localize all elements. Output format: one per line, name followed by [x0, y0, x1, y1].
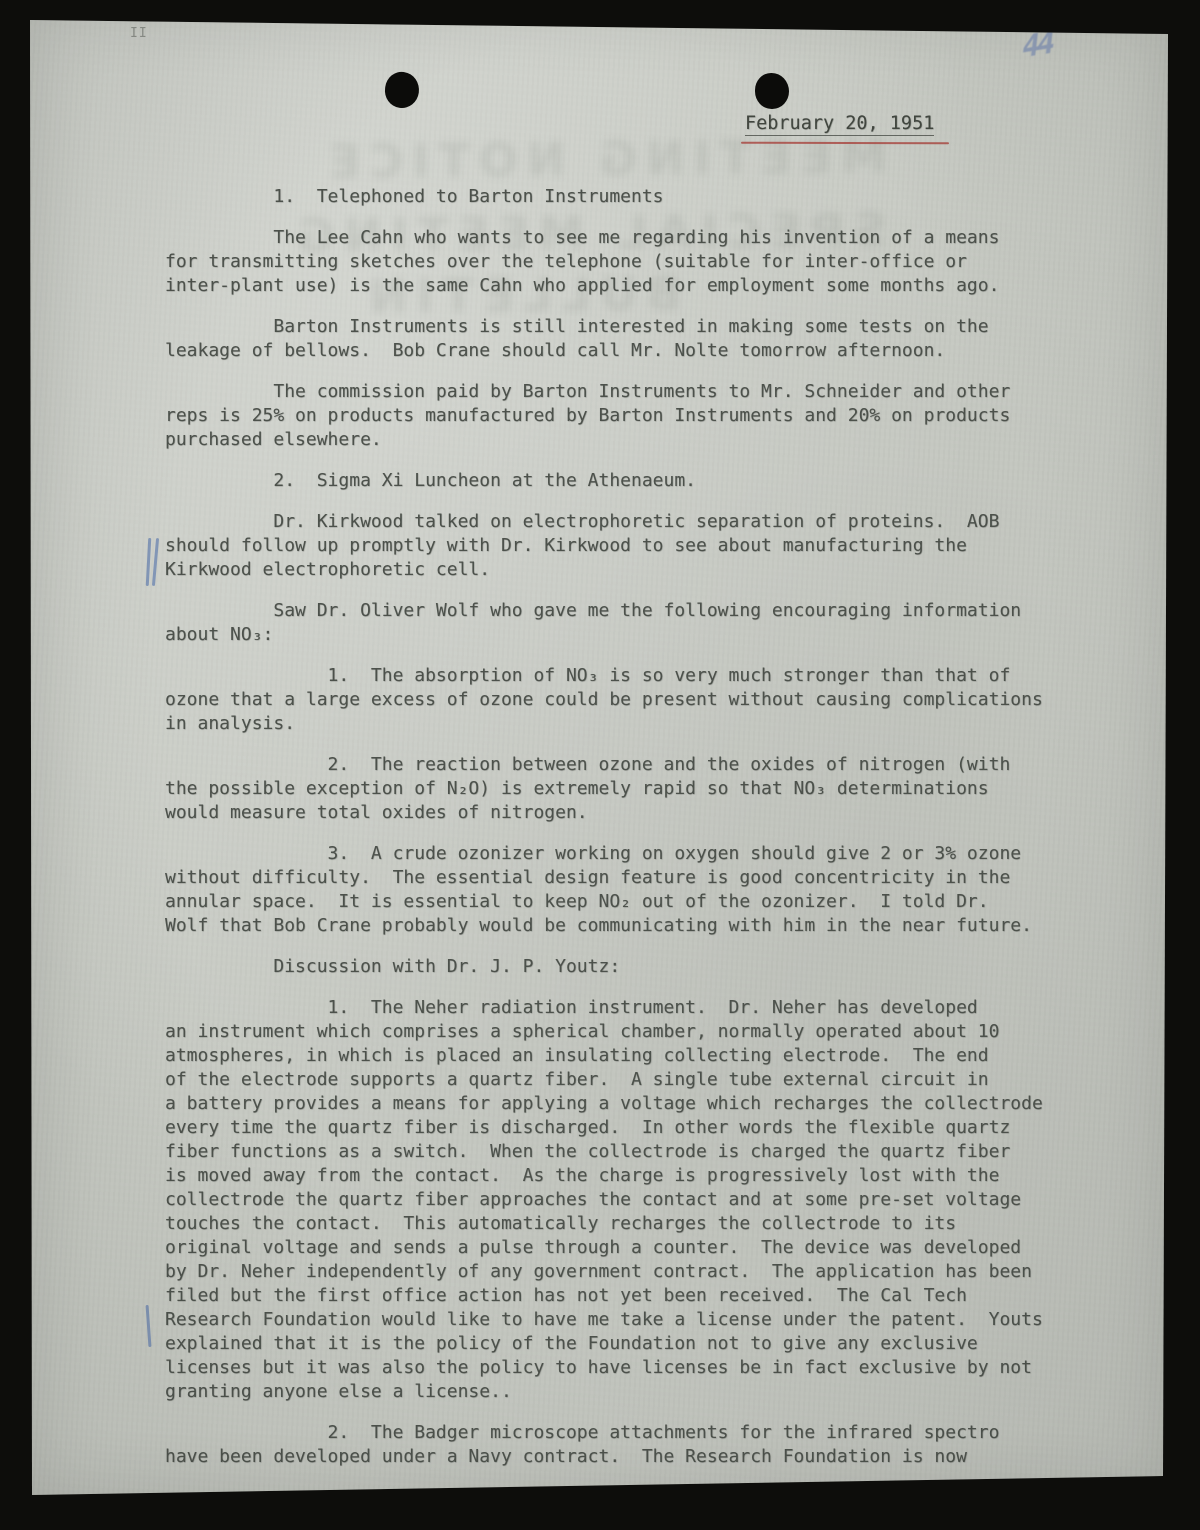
- typed-line: for transmitting sketches over the telep…: [165, 250, 1125, 274]
- typed-line: touches the contact. This automatically …: [165, 1212, 1125, 1236]
- typed-line: 1. Telephoned to Barton Instruments: [165, 185, 1125, 209]
- typed-line: 2. The reaction between ozone and the ox…: [165, 753, 1125, 777]
- paragraph: 2. The Badger microscope attachments for…: [165, 1421, 1125, 1469]
- paragraph: The commission paid by Barton Instrument…: [165, 380, 1125, 452]
- typed-line: The Lee Cahn who wants to see me regardi…: [165, 226, 1125, 250]
- page-corner-mark: II: [130, 26, 148, 41]
- typed-line: by Dr. Neher independently of any govern…: [165, 1260, 1125, 1284]
- paragraph: 3. A crude ozonizer working on oxygen sh…: [165, 842, 1125, 938]
- punch-hole-right: [755, 73, 789, 109]
- typed-line: of the electrode supports a quartz fiber…: [165, 1068, 1125, 1092]
- typed-line: without difficulty. The essential design…: [165, 866, 1125, 890]
- typed-line: Discussion with Dr. J. P. Youtz:: [165, 955, 1125, 979]
- typed-line: about NO₃:: [165, 623, 1125, 647]
- typed-line: 3. A crude ozonizer working on oxygen sh…: [165, 842, 1125, 866]
- typed-line: have been developed under a Navy contrac…: [165, 1445, 1125, 1469]
- paragraph: The Lee Cahn who wants to see me regardi…: [165, 226, 1125, 298]
- typed-line: filed but the first office action has no…: [165, 1284, 1125, 1308]
- document-body: 1. Telephoned to Barton Instruments The …: [165, 185, 1125, 1469]
- typed-line: Saw Dr. Oliver Wolf who gave me the foll…: [165, 599, 1125, 623]
- typed-line: original voltage and sends a pulse throu…: [165, 1236, 1125, 1260]
- typed-line: is moved away from the contact. As the c…: [165, 1164, 1125, 1188]
- blue-double-margin-mark: [147, 538, 156, 586]
- paragraph: Barton Instruments is still interested i…: [165, 315, 1125, 363]
- typed-line: collectrode the quartz fiber approaches …: [165, 1188, 1125, 1212]
- ghost-bleedthrough-text: MEETING NOTICE: [320, 129, 887, 189]
- typed-line: Barton Instruments is still interested i…: [165, 315, 1125, 339]
- paragraph: 1. The Neher radiation instrument. Dr. N…: [165, 996, 1125, 1404]
- scan-photo: { "scan": { "backdrop_color": "#0d0d0b",…: [0, 0, 1200, 1530]
- paragraph: Discussion with Dr. J. P. Youtz:: [165, 955, 1125, 979]
- date-line: February 20, 1951: [745, 113, 934, 136]
- typed-line: a battery provides a means for applying …: [165, 1092, 1125, 1116]
- typed-line: 1. The Neher radiation instrument. Dr. N…: [165, 996, 1125, 1020]
- margin-mark-stroke: [152, 538, 159, 586]
- paragraph: 1. The absorption of NO₃ is so very much…: [165, 664, 1125, 736]
- blue-single-margin-mark: [147, 1305, 150, 1347]
- typed-line: leakage of bellows. Bob Crane should cal…: [165, 339, 1125, 363]
- typed-line: the possible exception of N₂O) is extrem…: [165, 777, 1125, 801]
- typed-line: purchased elsewhere.: [165, 428, 1125, 452]
- typed-line: inter-plant use) is the same Cahn who ap…: [165, 274, 1125, 298]
- typed-line: 2. Sigma Xi Luncheon at the Athenaeum.: [165, 469, 1125, 493]
- margin-mark-stroke: [146, 538, 151, 586]
- typed-line: ozone that a large excess of ozone could…: [165, 688, 1125, 712]
- paragraph: 2. Sigma Xi Luncheon at the Athenaeum.: [165, 469, 1125, 493]
- typed-line: licenses but it was also the policy to h…: [165, 1356, 1125, 1380]
- typed-line: every time the quartz fiber is discharge…: [165, 1116, 1125, 1140]
- typed-line: atmospheres, in which is placed an insul…: [165, 1044, 1125, 1068]
- typed-line: an instrument which comprises a spherica…: [165, 1020, 1125, 1044]
- paragraph: 2. The reaction between ozone and the ox…: [165, 753, 1125, 825]
- typed-line: 2. The Badger microscope attachments for…: [165, 1421, 1125, 1445]
- typed-line: Kirkwood electrophoretic cell.: [165, 558, 1125, 582]
- typed-line: granting anyone else a license..: [165, 1380, 1125, 1404]
- margin-mark-stroke: [146, 1305, 152, 1347]
- punch-hole-left: [383, 70, 422, 110]
- typed-line: 1. The absorption of NO₃ is so very much…: [165, 664, 1125, 688]
- typed-line: Wolf that Bob Crane probably would be co…: [165, 914, 1125, 938]
- typed-line: fiber functions as a switch. When the co…: [165, 1140, 1125, 1164]
- typed-line: would measure total oxides of nitrogen.: [165, 801, 1125, 825]
- typed-line: Research Foundation would like to have m…: [165, 1308, 1125, 1332]
- typed-line: explained that it is the policy of the F…: [165, 1332, 1125, 1356]
- typed-line: annular space. It is essential to keep N…: [165, 890, 1125, 914]
- typed-line: The commission paid by Barton Instrument…: [165, 380, 1125, 404]
- paragraph: Saw Dr. Oliver Wolf who gave me the foll…: [165, 599, 1125, 647]
- typed-line: should follow up promptly with Dr. Kirkw…: [165, 534, 1125, 558]
- typed-line: Dr. Kirkwood talked on electrophoretic s…: [165, 510, 1125, 534]
- paragraph: 1. Telephoned to Barton Instruments: [165, 185, 1125, 209]
- handwritten-pencil-mark: 44: [1020, 25, 1054, 66]
- memo-page: MEETING NOTICESPECIAL MEETINGBULLETIN II…: [30, 10, 1170, 1495]
- typed-line: reps is 25% on products manufactured by …: [165, 404, 1125, 428]
- paragraph: Dr. Kirkwood talked on electrophoretic s…: [165, 510, 1125, 582]
- typed-line: in analysis.: [165, 712, 1125, 736]
